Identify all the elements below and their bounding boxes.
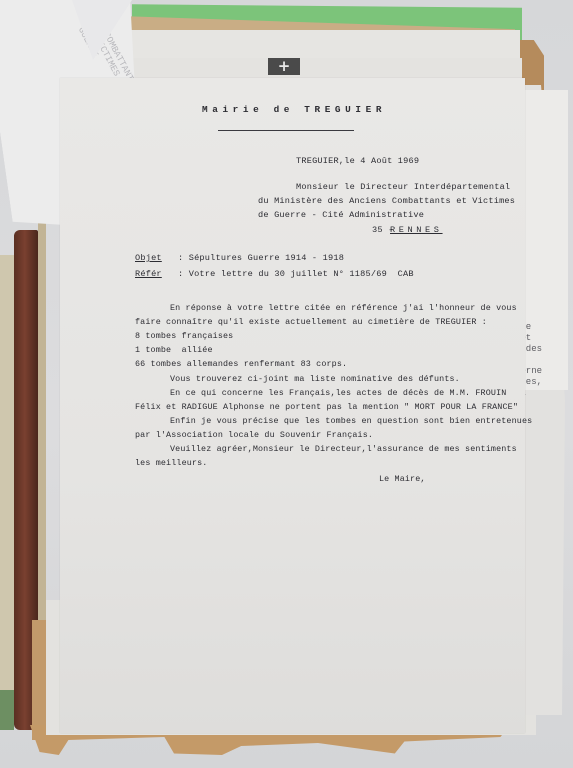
- plus-icon: +: [268, 58, 300, 75]
- objet-text: : Sépultures Guerre 1914 - 1918: [178, 253, 344, 263]
- reference-text: : Votre lettre du 30 juillet N° 1185/69 …: [178, 269, 414, 279]
- green-binding-strip: [0, 690, 14, 730]
- letterhead: Mairie de TREGUIER: [202, 104, 386, 115]
- recipient-line-2: du Ministère des Anciens Combattants et …: [258, 196, 515, 206]
- paragraph-3-line-2: Félix et RADIGUE Alphonse ne portent pas…: [135, 402, 518, 412]
- signature: Le Maire,: [379, 474, 426, 484]
- recipient-line-1: Monsieur le Directeur Interdépartemental: [296, 182, 510, 192]
- date-line: TREGUIER,le 4 Août 1969: [296, 156, 419, 166]
- letterhead-rule: [218, 130, 354, 131]
- paragraph-3-line-1: En ce qui concerne les Français,les acte…: [170, 388, 506, 398]
- objet-label: Objet: [135, 253, 162, 263]
- closing-line-2: les meilleurs.: [135, 458, 207, 468]
- paragraph-4-line-2: par l'Association locale du Souvenir Fra…: [135, 430, 373, 440]
- paragraph-1-line-2: faire connaître qu'il existe actuellemen…: [135, 317, 487, 327]
- grave-count-german: 66 tombes allemandes renfermant 83 corps…: [135, 359, 347, 369]
- paragraph-1-line-1: En réponse à votre lettre citée en référ…: [170, 303, 517, 313]
- recipient-line-3: de Guerre - Cité Administrative: [258, 210, 424, 220]
- tab-marker: +: [268, 58, 300, 75]
- reference-label: Référ: [135, 269, 162, 279]
- grave-count-allied: 1 tombe alliée: [135, 345, 213, 355]
- closing-line-1: Veuillez agréer,Monsieur le Directeur,l'…: [170, 444, 517, 454]
- paragraph-4-line-1: Enfin je vous précise que les tombes en …: [170, 416, 532, 426]
- paragraph-2: Vous trouverez ci-joint ma liste nominat…: [170, 374, 460, 384]
- grave-count-french: 8 tombes françaises: [135, 331, 233, 341]
- recipient-city: RENNES: [390, 225, 443, 235]
